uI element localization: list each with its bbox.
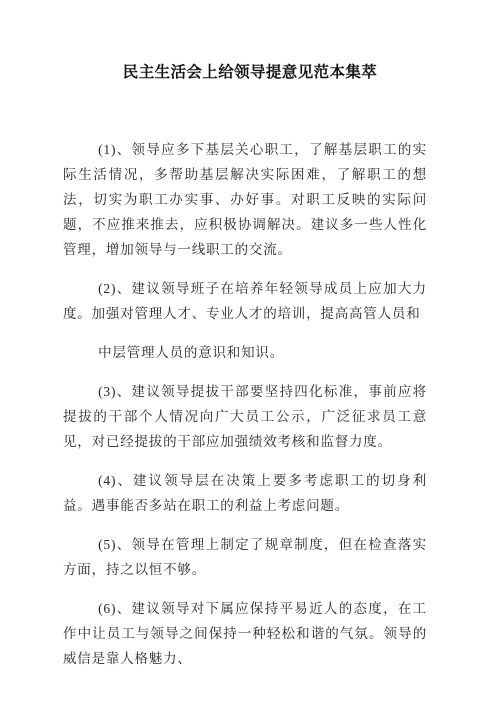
document-page: 民主生活会上给领导提意见范本集萃 (1)、领导应多下基层关心职工，了解基层职工的…	[0, 0, 500, 708]
document-body: (1)、领导应多下基层关心职工，了解基层职工的实际生活情况，多帮助基层解决实际困…	[63, 137, 427, 671]
paragraph-5: (4)、建议领导层在决策上要多考虑职工的切身利益。遇事能否多站在职工的利益上考虑…	[63, 468, 427, 518]
document-title: 民主生活会上给领导提意见范本集萃	[63, 64, 437, 82]
paragraph-1: (1)、领导应多下基层关心职工，了解基层职工的实际生活情况，多帮助基层解决实际困…	[63, 137, 427, 262]
paragraph-6: (5)、领导在管理上制定了规章制度，但在检查落实方面，持之以恒不够。	[63, 532, 427, 582]
paragraph-4: (3)、建议领导提拔干部要坚持四化标准，事前应将提拔的干部个人情况向广大员工公示…	[63, 379, 427, 454]
paragraph-3: 中层管理人员的意识和知识。	[63, 340, 427, 365]
paragraph-7: (6)、建议领导对下属应保持平易近人的态度，在工作中让员工与领导之间保持一种轻松…	[63, 596, 427, 671]
paragraph-2: (2)、建议领导班子在培养年轻领导成员上应加大力度。加强对管理人才、专业人才的培…	[63, 276, 427, 326]
